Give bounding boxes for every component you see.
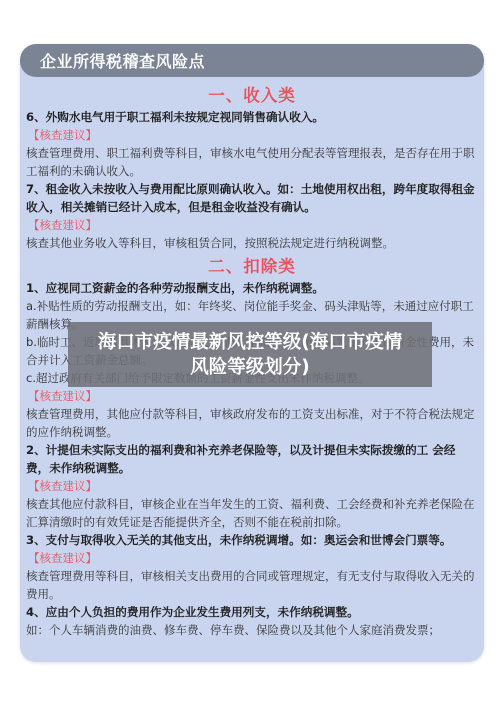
advice-text: 核查管理费用、职工福利费等科目，审核水电气使用分配表等管理报表，是否存在用于职工… [26, 144, 478, 180]
advice-label: 【核查建议】 [26, 216, 478, 234]
risk-item: 7、租金收入未按收入与费用配比原则确认收入。如：土地使用权出租，跨年度取得租金收… [26, 180, 478, 252]
risk-item: 2、计提但未实际支出的福利费和补充养老保险等，以及计提但未实际拨缴的工 会经费，… [26, 441, 478, 531]
section-deduction: 二、扣除类 1、应视同工资薪金的各种劳动报酬支出，未作纳税调整。 a.补贴性质的… [26, 256, 478, 639]
item-title: 3、支付与取得收入无关的其他支出，未作纳税调增。如：奥运会和世博会门票等。 [26, 531, 478, 549]
advice-text: 核查管理费用，其他应付款等科目，审核政府发布的工资支出标准，对于不符合税法规定的… [26, 405, 478, 441]
card-header: 企业所得税稽查风险点 [20, 44, 484, 77]
section-title: 二、扣除类 [26, 256, 478, 278]
risk-item: 6、外购水电气用于职工福利未按规定视同销售确认收入。 【核查建议】 核查管理费用… [26, 108, 478, 180]
advice-text: 核查其他业务收入等科目，审核租赁合同，按照税法规定进行纳税调整。 [26, 234, 478, 252]
example-text: 如：个人车辆消费的油费、修车费、停车费、保险费以及其他个人家庭消费发票； [26, 621, 478, 639]
section-title: 一、收入类 [26, 85, 478, 107]
headline-overlay-banner: 海口市疫情最新风控等级(海口市疫情风险等级划分) [68, 322, 432, 387]
risk-item: 4、应由个人负担的费用作为企业发生费用列支，未作纳税调整。 如：个人车辆消费的油… [26, 603, 478, 639]
headline-text: 海口市疫情最新风控等级(海口市疫情风险等级划分) [90, 330, 410, 380]
card-title: 企业所得税稽查风险点 [40, 49, 205, 72]
item-title: 1、应视同工资薪金的各种劳动报酬支出，未作纳税调整。 [26, 279, 478, 297]
advice-label: 【核查建议】 [26, 126, 478, 144]
advice-text: 核查管理费用等科目，审核相关支出费用的合同或管理规定，有无支付与取得收入无关的费… [26, 567, 478, 603]
item-title: 4、应由个人负担的费用作为企业发生费用列支，未作纳税调整。 [26, 603, 478, 621]
section-income: 一、收入类 6、外购水电气用于职工福利未按规定视同销售确认收入。 【核查建议】 … [26, 85, 478, 252]
advice-label: 【核查建议】 [26, 549, 478, 567]
advice-label: 【核查建议】 [26, 477, 478, 495]
risk-item: 3、支付与取得收入无关的其他支出，未作纳税调增。如：奥运会和世博会门票等。 【核… [26, 531, 478, 603]
item-title: 6、外购水电气用于职工福利未按规定视同销售确认收入。 [26, 108, 478, 126]
item-title: 7、租金收入未按收入与费用配比原则确认收入。如：土地使用权出租，跨年度取得租金收… [26, 180, 478, 216]
advice-text: 核查其他应付款科目，审核企业在当年发生的工资、福利费、工会经费和补充养老保险在汇… [26, 495, 478, 531]
advice-label: 【核查建议】 [26, 387, 478, 405]
item-title: 2、计提但未实际支出的福利费和补充养老保险等，以及计提但未实际拨缴的工 会经费，… [26, 441, 478, 477]
